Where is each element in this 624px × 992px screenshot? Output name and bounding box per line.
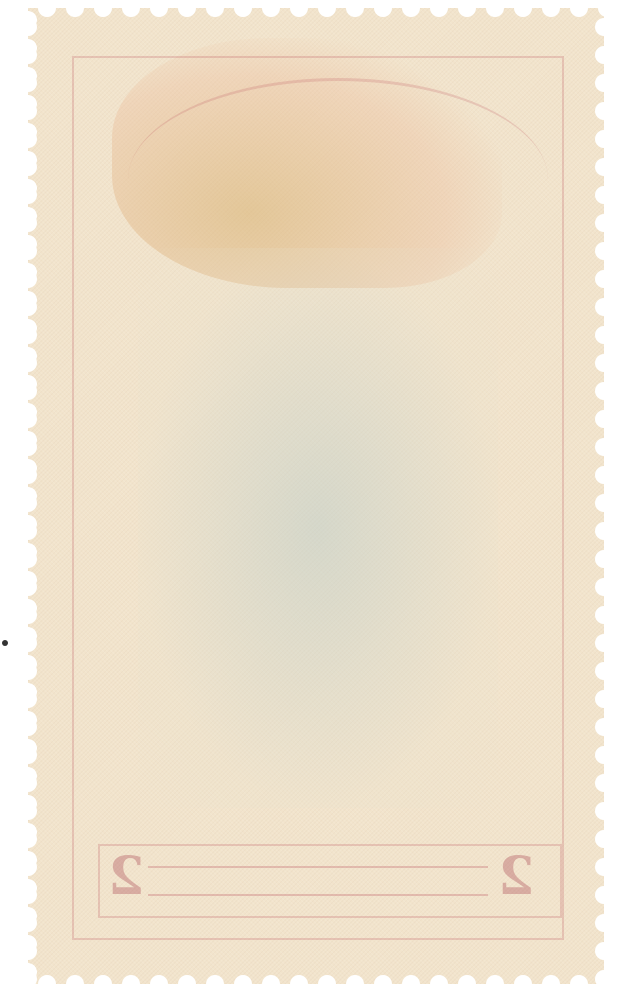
perforation xyxy=(595,270,613,288)
perforation xyxy=(290,975,308,992)
perforation xyxy=(19,914,37,932)
perforation xyxy=(178,975,196,992)
perforation xyxy=(19,494,37,512)
denomination-right: 2 xyxy=(498,846,534,907)
perforation xyxy=(595,354,613,372)
perforation xyxy=(346,975,364,992)
perforation xyxy=(19,74,37,92)
perforation xyxy=(19,606,37,624)
perforation xyxy=(595,802,613,820)
perforation xyxy=(595,522,613,540)
perforation xyxy=(19,186,37,204)
perforation xyxy=(19,802,37,820)
perforation xyxy=(374,975,392,992)
perforation xyxy=(206,975,224,992)
perforation xyxy=(595,746,613,764)
perforation xyxy=(595,606,613,624)
perforation xyxy=(598,0,616,17)
name-bar-showthrough xyxy=(148,866,488,896)
perforation xyxy=(19,326,37,344)
perforation xyxy=(122,975,140,992)
perforation xyxy=(595,158,613,176)
perforation xyxy=(595,774,613,792)
stamp: 2 2 xyxy=(28,8,604,984)
perforation xyxy=(19,970,37,988)
perforation xyxy=(598,975,616,992)
perforation xyxy=(486,975,504,992)
perforation xyxy=(514,975,532,992)
perforation xyxy=(19,662,37,680)
perforation xyxy=(595,858,613,876)
perforation xyxy=(595,466,613,484)
perforation xyxy=(595,186,613,204)
perforation xyxy=(19,354,37,372)
perforation xyxy=(19,774,37,792)
perforation xyxy=(595,102,613,120)
perforation xyxy=(595,46,613,64)
perforation xyxy=(19,18,37,36)
perforation xyxy=(542,975,560,992)
perforation xyxy=(570,975,588,992)
perforation xyxy=(595,550,613,568)
perforation xyxy=(595,382,613,400)
perforation xyxy=(150,975,168,992)
perforation xyxy=(19,270,37,288)
perforation xyxy=(19,242,37,260)
perforation xyxy=(19,382,37,400)
perforation xyxy=(458,975,476,992)
perforation xyxy=(595,578,613,596)
perforation xyxy=(595,886,613,904)
perforation xyxy=(19,858,37,876)
dust-speck xyxy=(2,640,8,646)
perforation xyxy=(19,746,37,764)
perforation xyxy=(38,975,56,992)
perforation xyxy=(19,886,37,904)
perforation xyxy=(19,634,37,652)
perforation xyxy=(19,690,37,708)
perforation xyxy=(595,130,613,148)
perforation xyxy=(19,102,37,120)
perforation xyxy=(595,494,613,512)
perforation xyxy=(19,942,37,960)
perforation xyxy=(19,550,37,568)
perforation xyxy=(19,158,37,176)
perforation xyxy=(595,914,613,932)
perforation xyxy=(19,718,37,736)
perforation xyxy=(318,975,336,992)
perforation xyxy=(19,578,37,596)
perforation xyxy=(595,662,613,680)
perforation xyxy=(19,522,37,540)
perforation xyxy=(595,830,613,848)
perforation xyxy=(19,130,37,148)
perforation xyxy=(19,438,37,456)
perforation xyxy=(94,975,112,992)
perforation xyxy=(19,410,37,428)
perforation xyxy=(430,975,448,992)
perforation xyxy=(595,718,613,736)
perforation xyxy=(595,690,613,708)
perforation xyxy=(595,970,613,988)
perforation xyxy=(19,830,37,848)
perforation xyxy=(595,410,613,428)
perforation xyxy=(66,975,84,992)
perforation xyxy=(402,975,420,992)
perforation xyxy=(262,975,280,992)
perforation xyxy=(595,298,613,316)
denomination-left: 2 xyxy=(108,846,144,907)
perforation xyxy=(19,466,37,484)
center-vignette-showthrough xyxy=(138,248,498,808)
perforation xyxy=(19,214,37,232)
perforation xyxy=(19,298,37,316)
perforation xyxy=(595,942,613,960)
perforation xyxy=(595,74,613,92)
perforation xyxy=(595,326,613,344)
perforation xyxy=(595,634,613,652)
perforation xyxy=(595,18,613,36)
perforation xyxy=(234,975,252,992)
perforation xyxy=(595,438,613,456)
perforation xyxy=(595,214,613,232)
perforation xyxy=(595,242,613,260)
perforation xyxy=(19,46,37,64)
